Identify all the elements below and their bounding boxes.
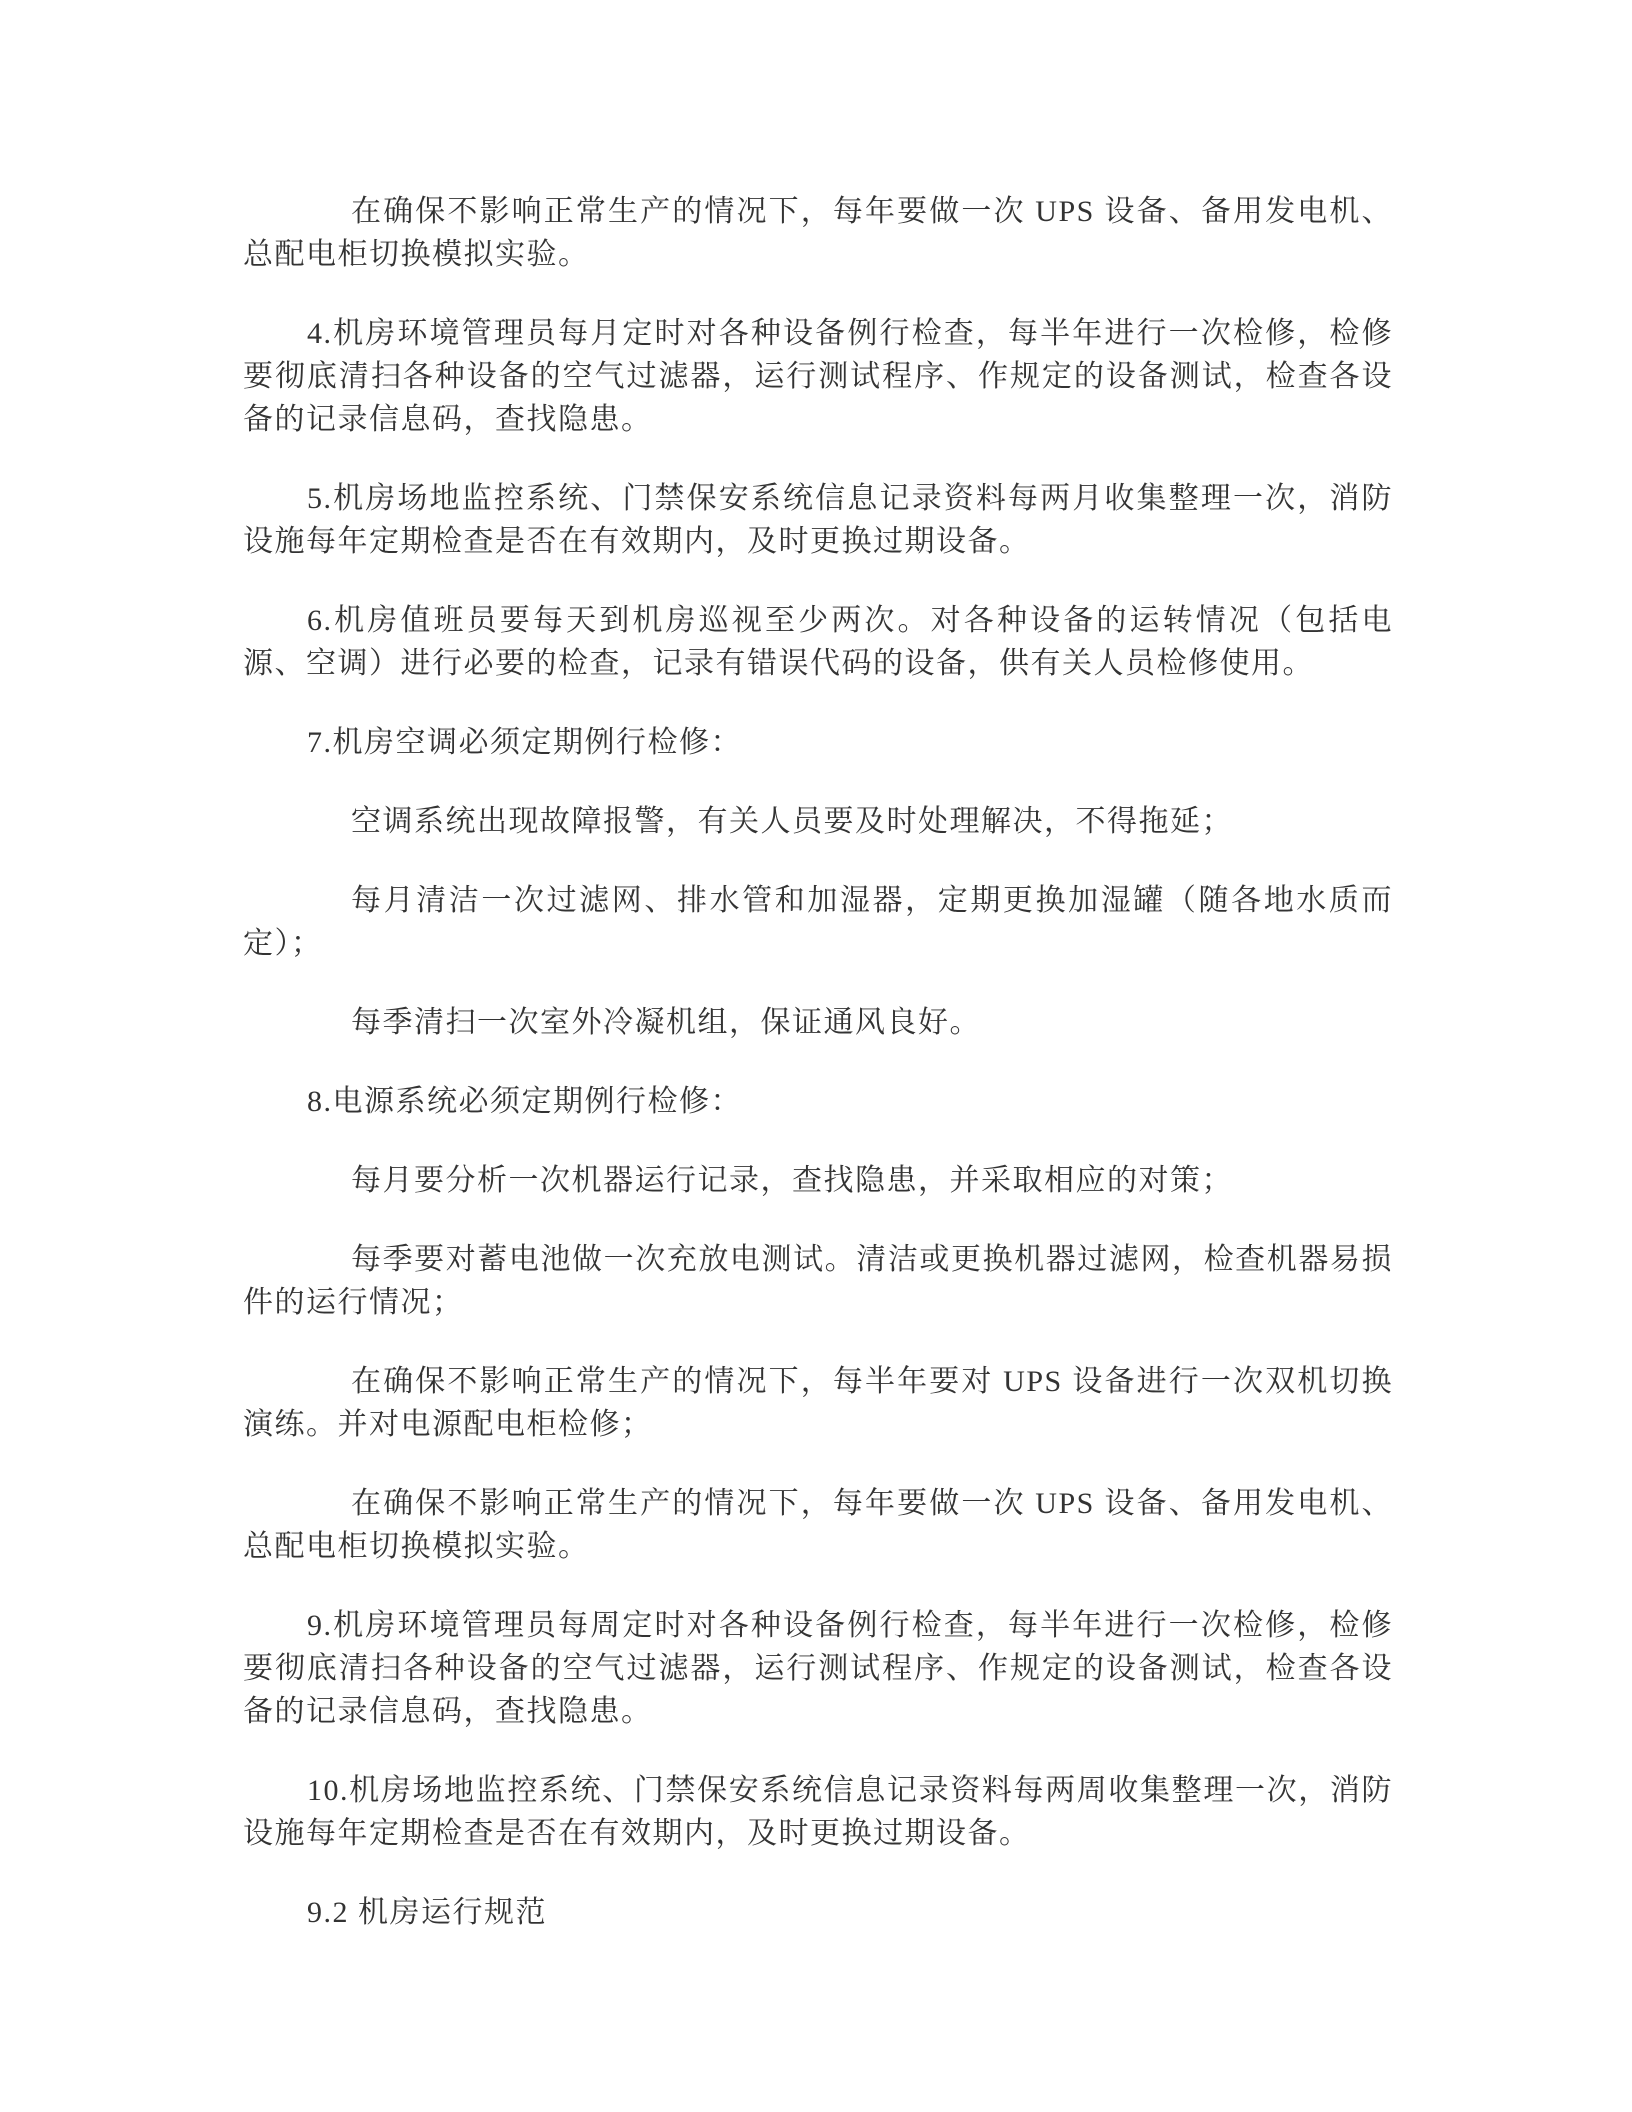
paragraph: 每月清洁一次过滤网、排水管和加湿器，定期更换加湿罐（随各地水质而定）； (243, 879, 1393, 965)
section-heading: 9.2 机房运行规范 (243, 1891, 1393, 1934)
paragraph: 在确保不影响正常生产的情况下，每年要做一次 UPS 设备、备用发电机、总配电柜切… (243, 190, 1393, 276)
document-page: 在确保不影响正常生产的情况下，每年要做一次 UPS 设备、备用发电机、总配电柜切… (0, 0, 1632, 2112)
document-body: 在确保不影响正常生产的情况下，每年要做一次 UPS 设备、备用发电机、总配电柜切… (243, 190, 1393, 1934)
paragraph: 7.机房空调必须定期例行检修： (243, 721, 1393, 764)
paragraph: 每月要分析一次机器运行记录，查找隐患，并采取相应的对策； (243, 1159, 1393, 1202)
paragraph: 9.机房环境管理员每周定时对各种设备例行检查，每半年进行一次检修，检修要彻底清扫… (243, 1604, 1393, 1733)
paragraph: 每季要对蓄电池做一次充放电测试。清洁或更换机器过滤网，检查机器易损件的运行情况； (243, 1238, 1393, 1324)
paragraph: 8.电源系统必须定期例行检修： (243, 1080, 1393, 1123)
paragraph: 在确保不影响正常生产的情况下，每年要做一次 UPS 设备、备用发电机、总配电柜切… (243, 1482, 1393, 1568)
paragraph: 空调系统出现故障报警，有关人员要及时处理解决，不得拖延； (243, 800, 1393, 843)
paragraph: 在确保不影响正常生产的情况下，每半年要对 UPS 设备进行一次双机切换演练。并对… (243, 1360, 1393, 1446)
paragraph: 10.机房场地监控系统、门禁保安系统信息记录资料每两周收集整理一次，消防设施每年… (243, 1769, 1393, 1855)
paragraph: 4.机房环境管理员每月定时对各种设备例行检查，每半年进行一次检修，检修要彻底清扫… (243, 312, 1393, 441)
paragraph: 6.机房值班员要每天到机房巡视至少两次。对各种设备的运转情况（包括电源、空调）进… (243, 599, 1393, 685)
paragraph: 每季清扫一次室外冷凝机组，保证通风良好。 (243, 1001, 1393, 1044)
paragraph: 5.机房场地监控系统、门禁保安系统信息记录资料每两月收集整理一次，消防设施每年定… (243, 477, 1393, 563)
